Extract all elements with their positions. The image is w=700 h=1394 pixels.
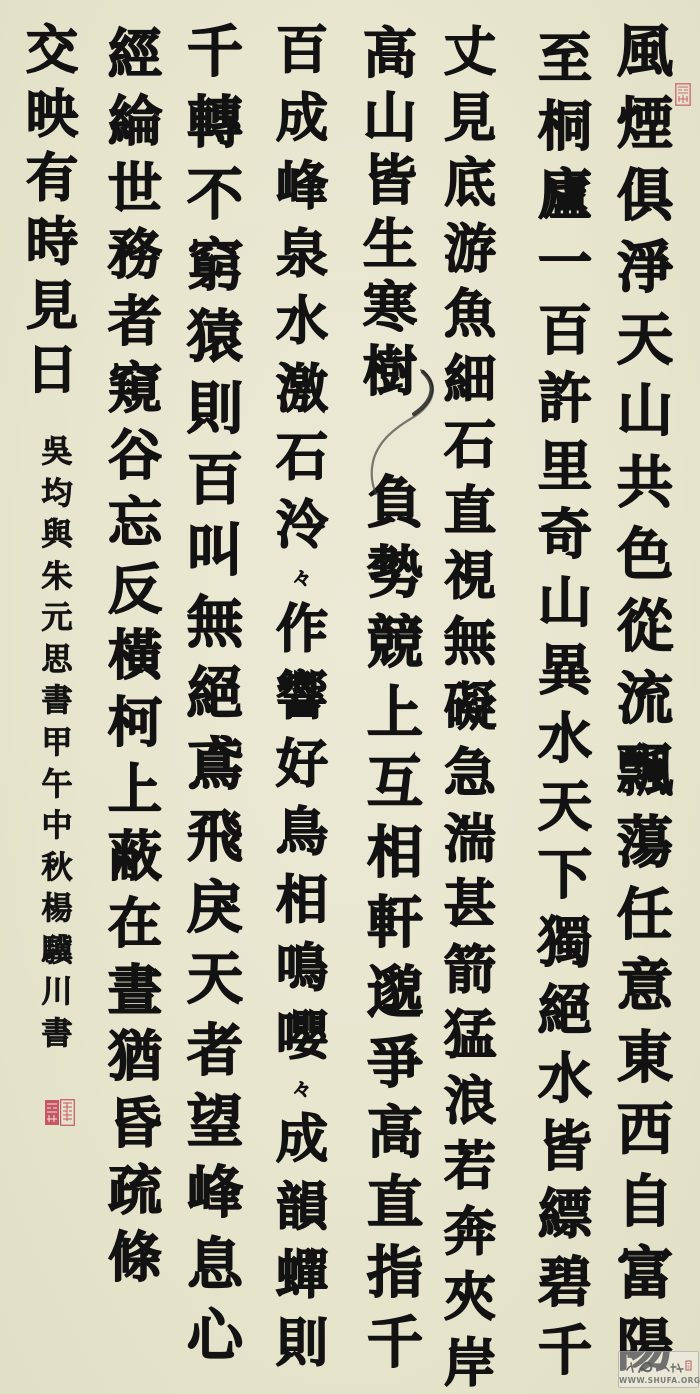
character: 從 [617,600,673,656]
character: 成 [276,93,328,145]
character: 負 [367,476,423,532]
character: 游 [444,224,496,276]
character: 朱 [42,562,73,593]
character: 直 [367,1176,423,1232]
character: 蟬 [276,1250,328,1302]
character: 山 [617,384,673,440]
character: 綸 [108,95,162,149]
text-column: 負勢競上互相軒邈爭高直指千 [350,476,440,1372]
artist-inscription: 吳均與朱元思書甲午中秋楊驥川書 [27,437,87,1050]
character: 廬 [538,168,592,222]
character: 千 [538,1324,592,1378]
character: 天 [187,952,243,1008]
character: 高 [363,27,417,81]
character: 若 [444,1141,496,1193]
character: 谷 [108,429,162,483]
character: 丈 [444,27,496,79]
character: 忘 [108,496,162,550]
character: 勢 [367,546,423,602]
character: 俱 [617,169,673,225]
character: 思 [42,645,73,676]
character: 相 [276,875,328,927]
calligraphy-scroll: 風煙俱淨天山共色從流飄蕩任意東西自富陽 至桐廬一百許里奇山異水天下獨絕水皆縹碧千… [0,0,700,1394]
character: 碧 [538,1256,592,1310]
character: 岸 [444,1338,496,1390]
character: 許 [538,372,592,426]
character: 吳 [42,437,73,468]
watermark-logo-icon [623,1354,695,1376]
character: 石 [276,432,328,484]
character: 不 [187,168,243,224]
text-column: 千轉不窮猿則百叫無絕鳶飛戾天者望峰息心 [170,25,260,1365]
character: 交 [26,25,78,77]
character: 皆 [363,154,417,208]
character: 泠 [276,500,328,552]
character: 韻 [276,1182,328,1234]
character: 書 [42,1019,73,1050]
character: 細 [444,355,496,407]
character: 轉 [187,96,243,152]
character: 煙 [617,97,673,153]
character: 猛 [444,1010,496,1062]
character: 與 [42,520,73,551]
character: 石 [444,420,496,472]
character: 嚶 [276,1011,328,1063]
character: 有 [26,153,78,205]
character: 猿 [187,310,243,366]
character: 激 [276,364,328,416]
character: 高 [367,1106,423,1162]
character: 寒 [363,281,417,335]
character: 日 [26,345,78,397]
character: 則 [276,1318,328,1370]
character: 甲 [42,728,73,759]
character: 邈 [367,966,423,1022]
character: 絕 [187,667,243,723]
text-column: 百成峰泉水激石泠々作響好鳥相鳴嚶々成韻蟬則 [257,25,347,1370]
character: 世 [108,162,162,216]
character: 疏 [108,1164,162,1218]
repetition-mark: 々 [292,568,312,588]
character: 者 [187,1024,243,1080]
character: 窺 [108,362,162,416]
character: 水 [276,296,328,348]
character: 樹 [363,345,417,399]
character: 昏 [108,1097,162,1151]
character: 無 [187,596,243,652]
text-column: 高山皆生寒樹 [345,27,435,399]
character: 任 [617,888,673,944]
character: 魚 [444,289,496,341]
character: 下 [538,848,592,902]
character: 礙 [444,682,496,734]
character: 元 [42,603,73,634]
character: 東 [617,1031,673,1087]
character: 飛 [187,810,243,866]
character: 山 [363,91,417,145]
character: 相 [367,826,423,882]
seal-stamp-icon [45,1099,75,1126]
character: 蔽 [108,830,162,884]
character: 百 [538,304,592,358]
character: 反 [108,563,162,617]
character: 川 [42,977,73,1008]
character: 富 [617,1247,673,1303]
character: 蕩 [617,816,673,872]
character: 猶 [108,1030,162,1084]
character: 叫 [187,524,243,580]
character: 甚 [444,879,496,931]
character: 均 [42,479,73,510]
character: 書 [42,686,73,717]
character: 奇 [538,508,592,562]
character: 好 [276,739,328,791]
character: 無 [444,617,496,669]
character: 底 [444,158,496,210]
character: 西 [617,1103,673,1159]
character: 互 [367,756,423,812]
character: 楊 [42,894,73,925]
character: 爭 [367,1036,423,1092]
character: 成 [276,1114,328,1166]
seal-stamp-icon [675,83,691,106]
character: 百 [276,25,328,77]
character: 桐 [538,100,592,154]
character: 縹 [538,1188,592,1242]
character: 則 [187,382,243,438]
character: 淨 [617,241,673,297]
character: 一 [538,236,592,290]
character: 務 [108,228,162,282]
character: 獨 [538,916,592,970]
character: 千 [187,25,243,81]
character: 異 [538,644,592,698]
character: 驥 [42,936,73,967]
character: 上 [367,686,423,742]
character: 峰 [187,1166,243,1222]
character: 鳶 [187,738,243,794]
character: 里 [538,440,592,494]
character: 生 [363,218,417,272]
character: 飄 [617,744,673,800]
character: 皆 [538,1120,592,1174]
character: 窮 [187,239,243,295]
character: 指 [367,1246,423,1302]
character: 夾 [444,1272,496,1324]
character: 作 [276,604,328,656]
character: 風 [617,25,673,81]
character: 心 [187,1309,243,1365]
text-column: 交映有時見日 [7,25,97,397]
character: 天 [617,313,673,369]
character: 響 [276,671,328,723]
character: 柯 [108,696,162,750]
character: 色 [617,528,673,584]
character: 直 [444,486,496,538]
watermark: WWW.SHUFA.ORG [618,1351,699,1388]
character: 泉 [276,229,328,281]
character: 時 [26,217,78,269]
repetition-mark: 々 [292,1079,312,1099]
character: 絕 [538,984,592,1038]
text-column: 風煙俱淨天山共色從流飄蕩任意東西自富陽 [600,25,690,1375]
character: 見 [444,93,496,145]
character: 戾 [187,881,243,937]
character: 湍 [444,814,496,866]
character: 見 [26,281,78,333]
character: 視 [444,551,496,603]
character: 中 [42,811,73,842]
character: 箭 [444,945,496,997]
character: 共 [617,456,673,512]
character: 午 [42,770,73,801]
character: 水 [538,1052,592,1106]
character: 浪 [444,1076,496,1128]
character: 在 [108,897,162,951]
character: 山 [538,576,592,630]
text-column: 至桐廬一百許里奇山異水天下獨絕水皆縹碧千 [520,32,610,1378]
character: 峰 [276,161,328,213]
character: 水 [538,712,592,766]
character: 條 [108,1231,162,1285]
character: 上 [108,763,162,817]
character: 千 [367,1316,423,1372]
character: 自 [617,1175,673,1231]
character: 映 [26,89,78,141]
watermark-url: WWW.SHUFA.ORG [619,1377,698,1385]
character: 奔 [444,1207,496,1259]
character: 橫 [108,629,162,683]
character: 流 [617,672,673,728]
character: 百 [187,453,243,509]
character: 息 [187,1238,243,1294]
text-column: 經綸世務者窺谷忘反橫柯上蔽在晝猶昏疏條 [90,28,180,1285]
character: 鳥 [276,807,328,859]
character: 意 [617,959,673,1015]
character: 晝 [108,964,162,1018]
character: 急 [444,748,496,800]
character: 至 [538,32,592,86]
character: 經 [108,28,162,82]
character: 軒 [367,896,423,952]
character: 鳴 [276,943,328,995]
character: 秋 [42,853,73,884]
character: 競 [367,616,423,672]
character: 者 [108,295,162,349]
character: 望 [187,1095,243,1151]
character: 天 [538,780,592,834]
